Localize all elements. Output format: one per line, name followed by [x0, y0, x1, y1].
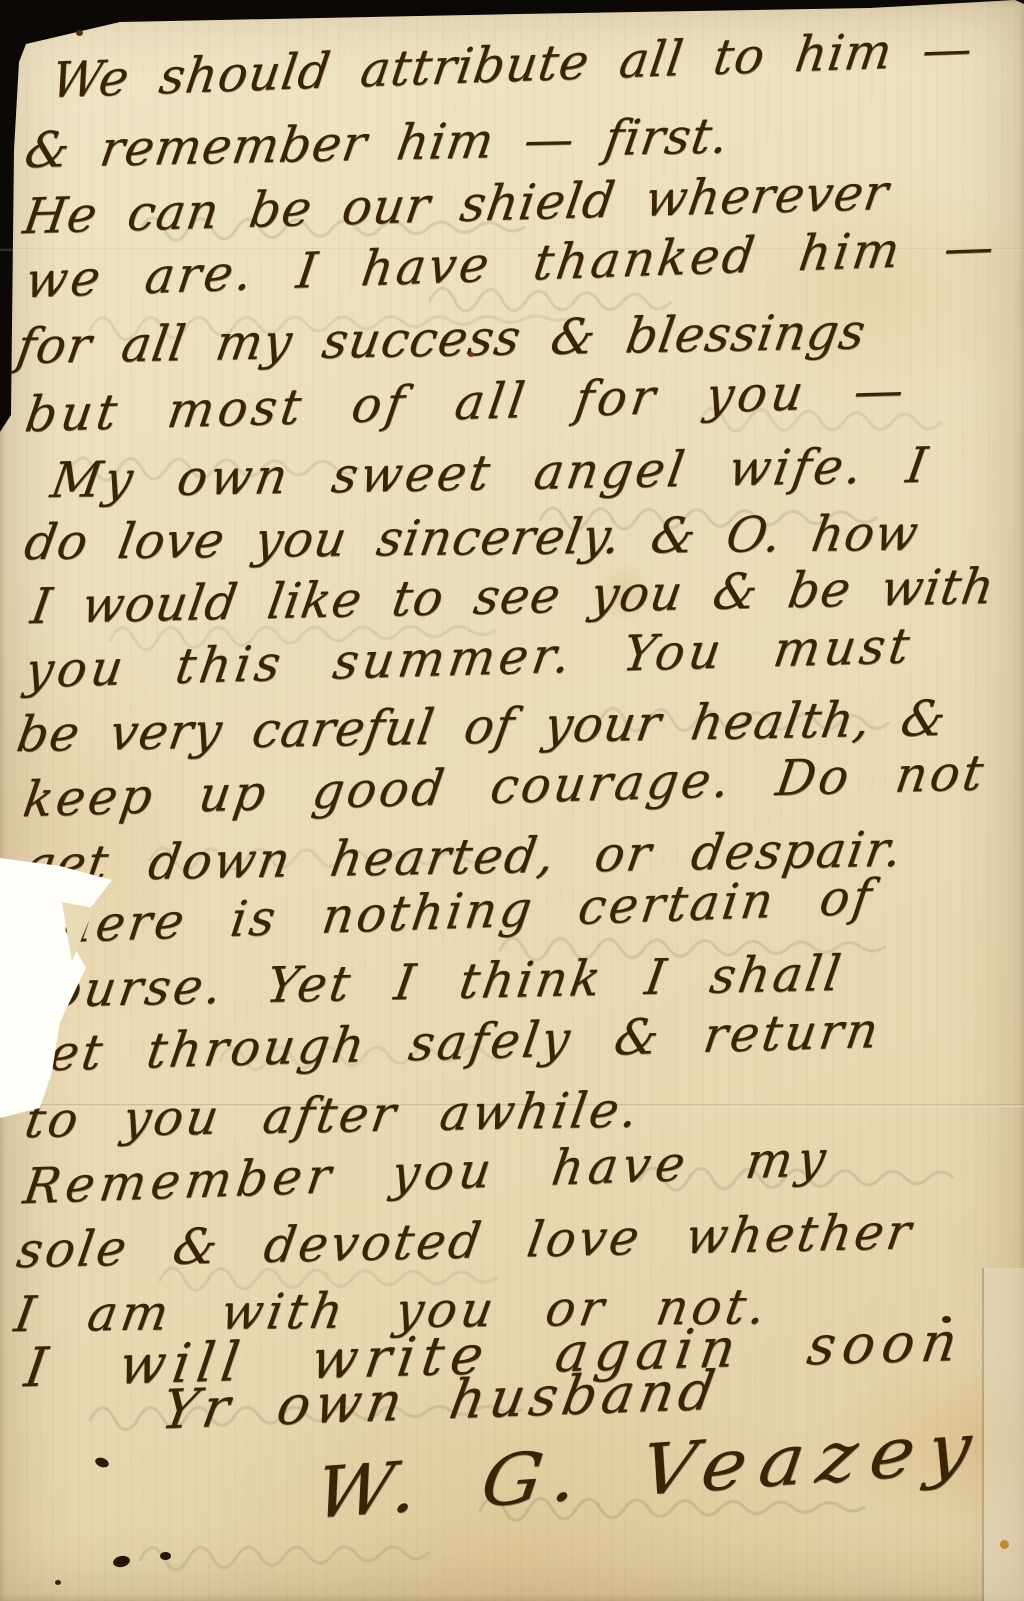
ink-blot — [76, 30, 83, 36]
stain-spot — [1000, 1540, 1009, 1549]
ink-blot — [55, 1580, 61, 1585]
scanned-letter-page: We should attribute all to him — & remem… — [0, 0, 1024, 1601]
page-edge — [982, 1268, 1024, 1601]
ink-blot — [942, 1316, 951, 1323]
ink-blot — [160, 1552, 171, 1560]
stain-spot — [468, 352, 474, 357]
letter-line: do love you sincerely. & O. how — [21, 505, 923, 571]
